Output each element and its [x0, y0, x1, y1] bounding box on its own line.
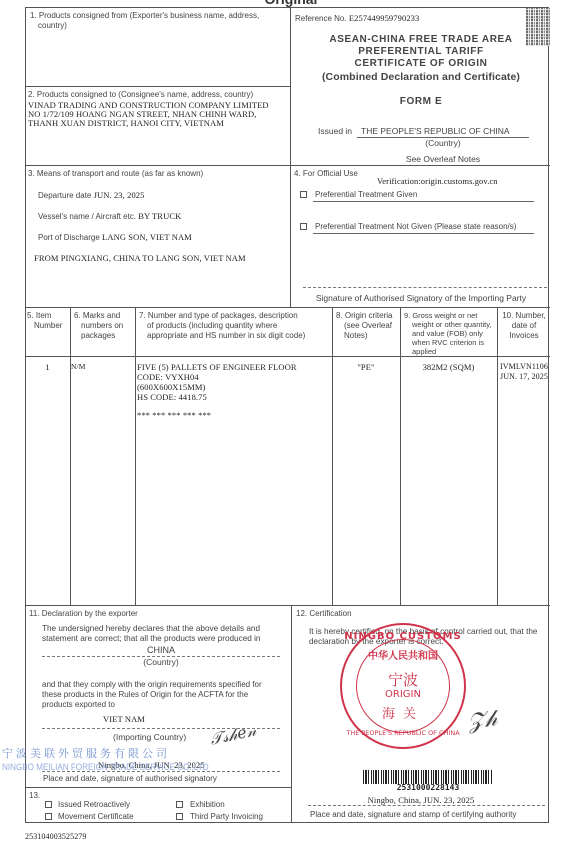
stamp-cn-top: 中华人民共和国 — [342, 647, 464, 662]
port-value: LANG SON, VIET NAM — [102, 232, 192, 242]
box1-label: 1. Products consigned from (Exporter's b… — [30, 11, 259, 31]
description-line: CODE: VYXH04 — [137, 372, 297, 382]
invoice-info: IVMLVN1106 JUN. 17, 2025 — [500, 362, 548, 382]
underline — [313, 201, 534, 202]
description-line — [137, 402, 297, 410]
checkbox-treatment-not-given[interactable] — [300, 223, 307, 230]
footer-number: 253104003525279 — [25, 832, 87, 842]
header-line: of products (including quantity where — [139, 321, 305, 331]
header-line: 8. Origin criteria — [336, 311, 392, 321]
box13-label: 13. — [29, 791, 40, 801]
description-line: HS CODE: 4418.75 — [137, 392, 297, 402]
divider — [25, 165, 550, 166]
barcode-number: 2531000228143 — [363, 783, 493, 792]
underline — [313, 233, 534, 234]
header-line: weight or other quantity, — [404, 320, 492, 329]
header-line: date of — [498, 321, 550, 331]
gross-weight: 382M2 (SQM) — [400, 362, 497, 372]
treatment-not-given-label: Preferential Treatment Not Given (Please… — [315, 222, 516, 232]
header-line: numbers on — [74, 321, 123, 331]
departure-date: Departure date JUN. 23, 2025 — [38, 190, 145, 201]
divider — [135, 307, 136, 605]
certifier-signature: 𝒵𝒽 — [466, 706, 499, 735]
header-weight: 9. Gross weight or net weight or other q… — [404, 311, 492, 356]
verification-url: Verification:origin.customs.gov.cn — [377, 176, 498, 186]
item-number: 1 — [25, 362, 70, 372]
certifier-line — [308, 805, 545, 806]
header-line: Number — [27, 321, 62, 331]
issued-retroactively-label: Issued Retroactively — [58, 800, 130, 810]
box3-label: 3. Means of transport and route (as far … — [28, 169, 203, 179]
box1-label-line: 1. Products consigned from (Exporter's b… — [30, 11, 259, 21]
invoice-number: IVMLVN1106 — [500, 362, 548, 372]
divider — [25, 787, 291, 788]
header-invoices: 10. Number, date of Invoices — [498, 311, 550, 341]
divider — [70, 307, 71, 605]
box1-label-line: country) — [30, 21, 259, 31]
reference-number: Reference No. E257449959790233 — [295, 13, 419, 24]
company-stamp: 宁波美联外贸服务有限公司 — [2, 745, 170, 761]
header-line: packages — [74, 331, 123, 341]
reference-value: E257449959790233 — [349, 13, 420, 23]
header-line: appropriate and HS number in six digit c… — [139, 331, 305, 341]
overleaf-notes: See Overleaf Notes — [357, 154, 529, 164]
box11-label: 11. Declaration by the exporter — [29, 609, 138, 619]
departure-label: Departure date — [38, 191, 91, 200]
declaration-text: The undersigned hereby declares that the… — [42, 624, 260, 644]
title-line4: (Combined Declaration and Certificate) — [292, 71, 550, 83]
checkbox-exhibition[interactable] — [176, 801, 183, 808]
header-line: Invoices — [498, 331, 550, 341]
description-line: (600X600X15MM) — [137, 382, 297, 392]
header-line: 7. Number and type of packages, descript… — [139, 311, 305, 321]
declaration-line: products exported to — [42, 700, 262, 710]
header-line: applied — [404, 347, 492, 356]
header-line: 6. Marks and — [74, 311, 123, 321]
divider — [25, 605, 550, 606]
box12-label: 12. Certification — [296, 609, 352, 619]
divider — [497, 307, 498, 605]
exhibition-label: Exhibition — [190, 800, 225, 810]
declaration-line: these products in the Rules of Origin fo… — [42, 690, 262, 700]
header-line: (see Overleaf — [336, 321, 392, 331]
port-label: Port of Discharge — [38, 233, 100, 242]
header-marks: 6. Marks and numbers on packages — [74, 311, 123, 341]
marks-numbers: N/M — [71, 362, 85, 372]
checkbox-issued-retroactively[interactable] — [45, 801, 52, 808]
stamp-cn-customs: 海关 — [342, 703, 464, 722]
declaration-line: statement are correct; that all the prod… — [42, 634, 260, 644]
divider — [25, 356, 550, 357]
header-line: Notes) — [336, 331, 392, 341]
form-name: FORM E — [292, 96, 550, 108]
produced-country: CHINA — [42, 645, 280, 655]
vessel-name: Vessel's name / Aircraft etc. BY TRUCK — [38, 211, 181, 222]
declaration-line: and that they comply with the origin req… — [42, 680, 262, 690]
declaration-text: and that they comply with the origin req… — [42, 680, 262, 710]
header-line: and value (FOB) only — [404, 329, 492, 338]
header-line: when RVC criterion is — [404, 338, 492, 347]
header-description: 7. Number and type of packages, descript… — [139, 311, 305, 341]
treatment-given-label: Preferential Treatment Given — [315, 190, 417, 200]
stamp-cn-city: 宁波 — [342, 669, 464, 690]
stamp-bottom-text: THE PEOPLE'S REPUBLIC OF CHINA — [342, 729, 464, 737]
issued-in-country: THE PEOPLE'S REPUBLIC OF CHINA — [361, 126, 529, 136]
third-party-invoicing-label: Third Party Invoicing — [190, 812, 263, 822]
movement-certificate-label: Movement Certificate — [58, 812, 134, 822]
route: FROM PINGXIANG, CHINA TO LANG SON, VIET … — [34, 253, 246, 263]
header-line: 10. Number, — [498, 311, 550, 321]
checkbox-movement-certificate[interactable] — [45, 813, 52, 820]
stamp-origin: ORIGIN — [342, 689, 464, 700]
barcode-icon — [363, 770, 493, 784]
issued-in-sublabel: (Country) — [357, 138, 529, 148]
stamp-top-text: NINGBO CUSTOMS — [342, 631, 464, 642]
box2-label: 2. Products consigned to (Consignee's na… — [28, 90, 253, 100]
port-of-discharge: Port of Discharge LANG SON, VIET NAM — [38, 232, 192, 243]
importing-country: VIET NAM — [103, 714, 145, 724]
title-line3: CERTIFICATE OF ORIGIN — [292, 58, 550, 70]
issued-in-label: Issued in — [318, 126, 352, 136]
title-line1: ASEAN-CHINA FREE TRADE AREA — [292, 34, 550, 46]
importing-signature-label: Signature of Authorised Signatory of the… — [292, 293, 550, 303]
customs-stamp: NINGBO CUSTOMS 中华人民共和国 宁波 ORIGIN 海关 THE … — [340, 623, 466, 749]
vessel-value: BY TRUCK — [138, 211, 181, 221]
signature-line — [303, 287, 547, 288]
header-origin-criteria: 8. Origin criteria (see Overleaf Notes) — [336, 311, 392, 341]
box4-label: 4. For Official Use — [294, 169, 358, 179]
vessel-label: Vessel's name / Aircraft etc. — [38, 212, 136, 221]
exporter-place-label: Place and date, signature of authorised … — [43, 774, 217, 784]
divider — [400, 307, 401, 605]
title-line2: PREFERENTIAL TARIFF — [292, 46, 550, 58]
reference-label: Reference No. — [295, 14, 347, 23]
product-description: FIVE (5) PALLETS OF ENGINEER FLOOR CODE:… — [137, 362, 297, 420]
checkbox-treatment-given[interactable] — [300, 191, 307, 198]
departure-value: JUN. 23, 2025 — [94, 190, 145, 200]
checkbox-third-party-invoicing[interactable] — [176, 813, 183, 820]
description-line: *** *** *** *** *** — [137, 410, 297, 420]
consignee-line: THANH XUAN DISTRICT, HANOI CITY, VIETNAM — [28, 118, 224, 128]
place-date-line — [42, 771, 280, 772]
description-line: FIVE (5) PALLETS OF ENGINEER FLOOR — [137, 362, 297, 372]
country-sublabel: (Country) — [42, 657, 280, 667]
importing-country-label: (Importing Country) — [113, 732, 186, 742]
divider — [25, 307, 550, 308]
divider — [290, 7, 291, 307]
document-heading: Original — [0, 0, 582, 7]
divider — [291, 605, 292, 823]
origin-criteria: "PE" — [332, 362, 400, 372]
certifier-place-date: Ningbo, China, JUN. 23, 2025 — [292, 795, 550, 805]
divider — [332, 307, 333, 605]
divider — [25, 86, 290, 87]
header-line: 5. Item — [27, 311, 62, 321]
header-item-number: 5. Item Number — [27, 311, 62, 331]
declaration-line: The undersigned hereby declares that the… — [42, 624, 260, 634]
header-line: 9. Gross weight or net — [404, 311, 492, 320]
certifier-place-label: Place and date, signature and stamp of c… — [310, 810, 516, 820]
invoice-date: JUN. 17, 2025 — [500, 372, 548, 382]
